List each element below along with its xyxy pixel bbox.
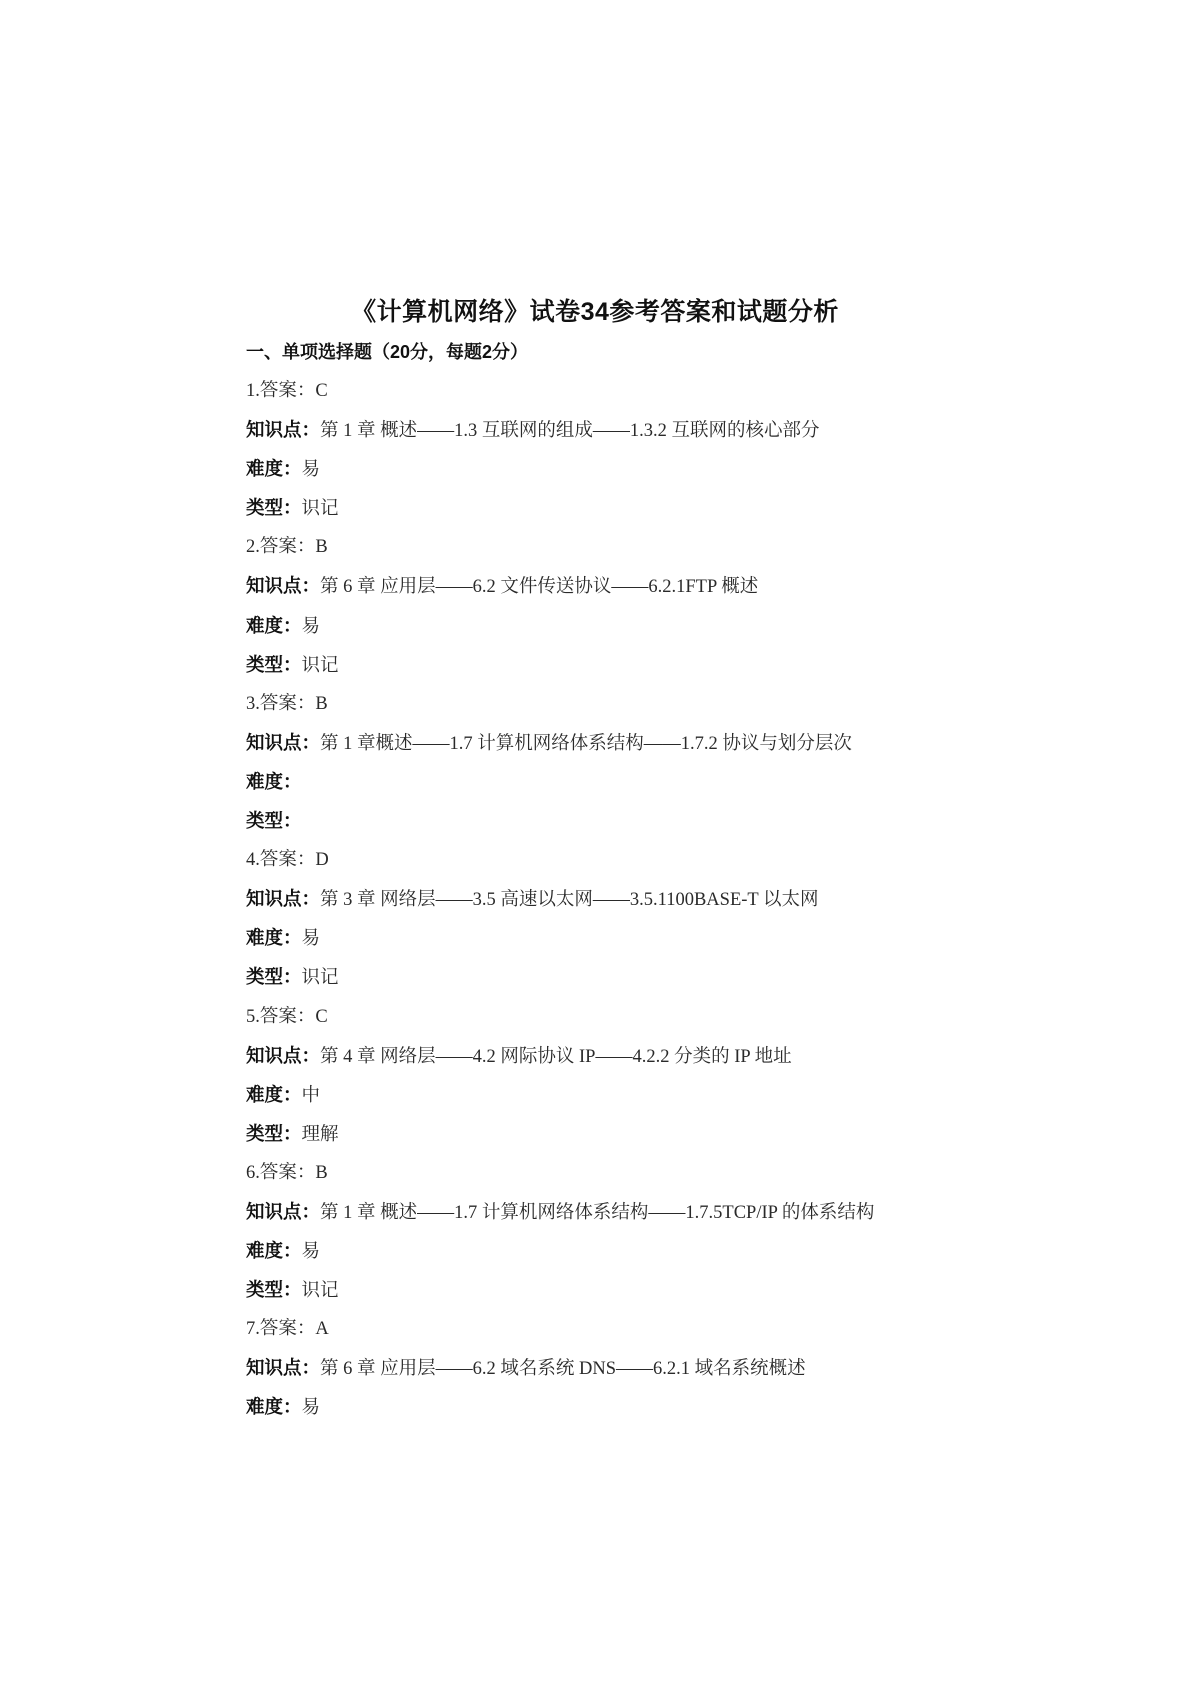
answer-list: 1.答案：C 知识点：第 1 章 概述——1.3 互联网的组成——1.3.2 互… bbox=[246, 378, 1006, 1434]
answer-value: B bbox=[315, 1163, 327, 1183]
answer-line: 5.答案：C bbox=[246, 1004, 1006, 1043]
answer-line: 4.答案：D bbox=[246, 847, 1006, 886]
type-line: 类型： bbox=[246, 808, 1006, 847]
difficulty-line: 难度：中 bbox=[246, 1082, 1006, 1121]
answer-value: B bbox=[315, 694, 327, 714]
knowledge-line: 知识点：第 4 章 网络层——4.2 网际协议 IP——4.2.2 分类的 IP… bbox=[246, 1043, 1006, 1082]
answer-value: D bbox=[315, 850, 328, 870]
difficulty-line: 难度：易 bbox=[246, 1238, 1006, 1277]
answer-line: 3.答案：B bbox=[246, 691, 1006, 730]
answer-value: C bbox=[315, 1007, 327, 1027]
answer-line: 2.答案：B bbox=[246, 534, 1006, 573]
type-line: 类型：识记 bbox=[246, 652, 1006, 691]
answer-line: 1.答案：C bbox=[246, 378, 1006, 417]
type-line: 类型：识记 bbox=[246, 495, 1006, 534]
difficulty-line: 难度：易 bbox=[246, 1394, 1006, 1433]
knowledge-line: 知识点：第 3 章 网络层——3.5 高速以太网——3.5.1100BASE-T… bbox=[246, 886, 1006, 925]
answer-value: B bbox=[315, 537, 327, 557]
knowledge-line: 知识点：第 1 章概述——1.7 计算机网络体系结构——1.7.2 协议与划分层… bbox=[246, 730, 1006, 769]
knowledge-line: 知识点：第 1 章 概述——1.7 计算机网络体系结构——1.7.5TCP/IP… bbox=[246, 1199, 1006, 1238]
difficulty-line: 难度：易 bbox=[246, 456, 1006, 495]
answer-value: A bbox=[315, 1319, 328, 1339]
knowledge-line: 知识点：第 6 章 应用层——6.2 文件传送协议——6.2.1FTP 概述 bbox=[246, 573, 1006, 612]
knowledge-line: 知识点：第 6 章 应用层——6.2 域名系统 DNS——6.2.1 域名系统概… bbox=[246, 1355, 1006, 1394]
answer-value: C bbox=[315, 381, 327, 401]
type-line: 类型：识记 bbox=[246, 964, 1006, 1003]
difficulty-line: 难度：易 bbox=[246, 925, 1006, 964]
type-line: 类型：识记 bbox=[246, 1277, 1006, 1316]
document-title: 《计算机网络》试卷34参考答案和试题分析 bbox=[0, 292, 1190, 328]
knowledge-line: 知识点：第 1 章 概述——1.3 互联网的组成——1.3.2 互联网的核心部分 bbox=[246, 417, 1006, 456]
difficulty-line: 难度： bbox=[246, 769, 1006, 808]
section-heading: 一、单项选择题（20分，每题2分） bbox=[246, 338, 528, 364]
answer-line: 7.答案：A bbox=[246, 1316, 1006, 1355]
difficulty-line: 难度：易 bbox=[246, 613, 1006, 652]
answer-line: 6.答案：B bbox=[246, 1160, 1006, 1199]
type-line: 类型：理解 bbox=[246, 1121, 1006, 1160]
document-page: 《计算机网络》试卷34参考答案和试题分析 一、单项选择题（20分，每题2分） 1… bbox=[0, 0, 1190, 1683]
